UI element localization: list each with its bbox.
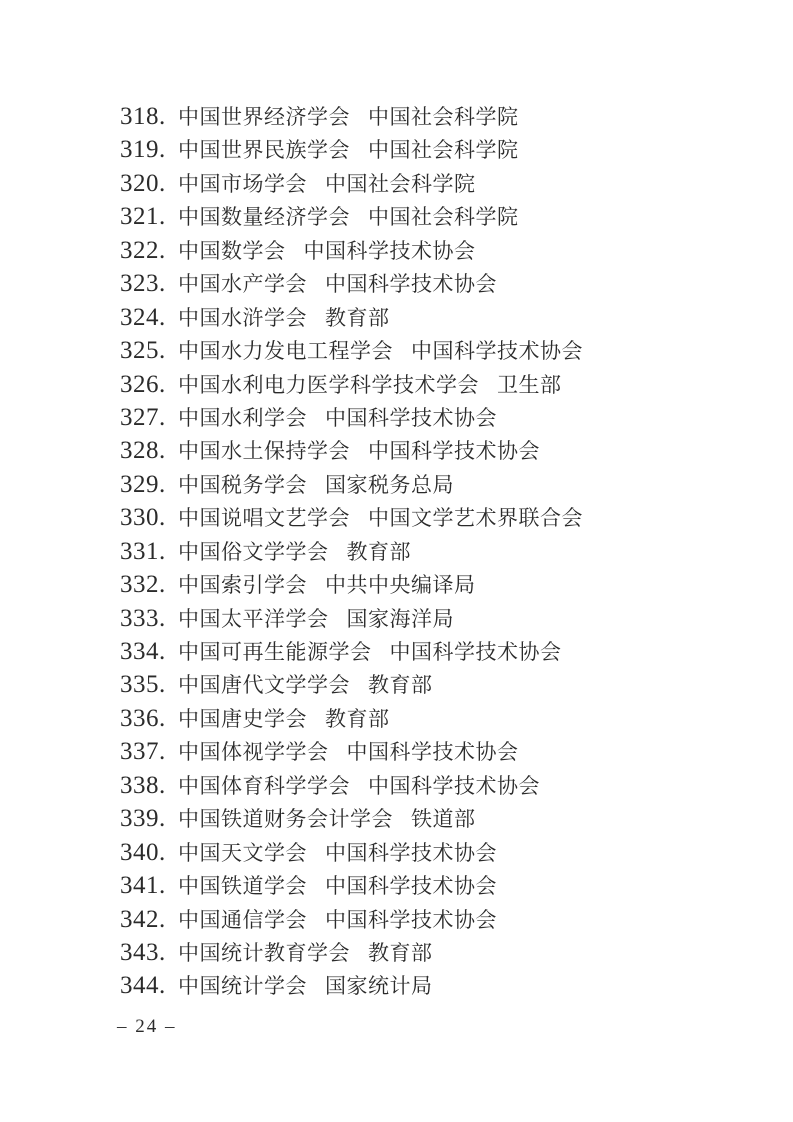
page-number: – 24 – <box>117 1014 177 1040</box>
society-name: 中国索引学会 <box>178 573 307 597</box>
list-item: 328.中国水土保持学会中国科学技术协会 <box>120 434 583 467</box>
supervising-department: 卫生部 <box>497 373 562 397</box>
list-item: 331.中国俗文学学会教育部 <box>120 535 583 568</box>
supervising-department: 铁道部 <box>411 807 476 831</box>
society-name: 中国唐史学会 <box>178 707 307 731</box>
entry-number: 337. <box>120 735 178 768</box>
list-item: 332.中国索引学会中共中央编译局 <box>120 568 583 601</box>
society-name: 中国水浒学会 <box>178 306 307 330</box>
list-item: 325.中国水力发电工程学会中国科学技术协会 <box>120 334 583 367</box>
entry-number: 339. <box>120 802 178 835</box>
supervising-department: 国家税务总局 <box>325 473 454 497</box>
society-name: 中国水利电力医学科学技术学会 <box>178 373 479 397</box>
supervising-department: 中国科学技术协会 <box>325 406 497 430</box>
supervising-department: 中国科学技术协会 <box>368 439 540 463</box>
list-item: 344.中国统计学会国家统计局 <box>120 969 583 1002</box>
society-name: 中国水产学会 <box>178 272 307 296</box>
list-item: 334.中国可再生能源学会中国科学技术协会 <box>120 635 583 668</box>
society-name: 中国天文学会 <box>178 841 307 865</box>
society-name: 中国可再生能源学会 <box>178 640 372 664</box>
supervising-department: 国家统计局 <box>325 974 433 998</box>
supervising-department: 中国科学技术协会 <box>304 239 476 263</box>
entry-number: 329. <box>120 468 178 501</box>
list-item: 339.中国铁道财务会计学会铁道部 <box>120 802 583 835</box>
list-item: 337.中国体视学学会中国科学技术协会 <box>120 735 583 768</box>
list-item: 327.中国水利学会中国科学技术协会 <box>120 401 583 434</box>
society-name: 中国说唱文艺学会 <box>178 506 350 530</box>
supervising-department: 教育部 <box>368 941 433 965</box>
list-item: 324.中国水浒学会教育部 <box>120 301 583 334</box>
list-item: 319.中国世界民族学会中国社会科学院 <box>120 133 583 166</box>
supervising-department: 中国科学技术协会 <box>368 774 540 798</box>
list-item: 341.中国铁道学会中国科学技术协会 <box>120 869 583 902</box>
supervising-department: 中国科学技术协会 <box>325 908 497 932</box>
list-item: 320.中国市场学会中国社会科学院 <box>120 167 583 200</box>
entry-number: 326. <box>120 368 178 401</box>
supervising-department: 中国社会科学院 <box>325 172 476 196</box>
society-name: 中国世界经济学会 <box>178 105 350 129</box>
entry-number: 344. <box>120 969 178 1002</box>
society-name: 中国世界民族学会 <box>178 138 350 162</box>
list-item: 336.中国唐史学会教育部 <box>120 702 583 735</box>
list-item: 335.中国唐代文学学会教育部 <box>120 668 583 701</box>
supervising-department: 教育部 <box>325 707 390 731</box>
entry-number: 320. <box>120 167 178 200</box>
list-item: 323.中国水产学会中国科学技术协会 <box>120 267 583 300</box>
supervising-department: 中国文学艺术界联合会 <box>368 506 583 530</box>
entry-number: 338. <box>120 769 178 802</box>
entry-number: 333. <box>120 602 178 635</box>
supervising-department: 中国科学技术协会 <box>347 740 519 764</box>
society-name: 中国俗文学学会 <box>178 540 329 564</box>
list-item: 340.中国天文学会中国科学技术协会 <box>120 836 583 869</box>
entry-number: 324. <box>120 301 178 334</box>
entry-number: 335. <box>120 668 178 701</box>
society-name: 中国数量经济学会 <box>178 205 350 229</box>
entry-number: 330. <box>120 501 178 534</box>
list-item: 330.中国说唱文艺学会中国文学艺术界联合会 <box>120 501 583 534</box>
society-name: 中国水力发电工程学会 <box>178 339 393 363</box>
society-name: 中国税务学会 <box>178 473 307 497</box>
entry-number: 325. <box>120 334 178 367</box>
supervising-department: 中国科学技术协会 <box>325 874 497 898</box>
entry-number: 340. <box>120 836 178 869</box>
supervising-department: 教育部 <box>347 540 412 564</box>
supervising-department: 中国科学技术协会 <box>411 339 583 363</box>
entry-number: 327. <box>120 401 178 434</box>
entry-number: 342. <box>120 903 178 936</box>
list-item: 329.中国税务学会国家税务总局 <box>120 468 583 501</box>
entry-number: 334. <box>120 635 178 668</box>
society-name: 中国市场学会 <box>178 172 307 196</box>
list-item: 321.中国数量经济学会中国社会科学院 <box>120 200 583 233</box>
entry-number: 328. <box>120 434 178 467</box>
society-name: 中国铁道学会 <box>178 874 307 898</box>
document-page: 318.中国世界经济学会中国社会科学院 319.中国世界民族学会中国社会科学院 … <box>0 0 793 1122</box>
entry-number: 331. <box>120 535 178 568</box>
society-name: 中国体育科学学会 <box>178 774 350 798</box>
supervising-department: 中国社会科学院 <box>368 205 519 229</box>
list-item: 333.中国太平洋学会国家海洋局 <box>120 602 583 635</box>
society-name: 中国水利学会 <box>178 406 307 430</box>
entry-number: 332. <box>120 568 178 601</box>
supervising-department: 中国科学技术协会 <box>325 841 497 865</box>
society-name: 中国唐代文学学会 <box>178 673 350 697</box>
supervising-department: 中国社会科学院 <box>368 138 519 162</box>
supervising-department: 中共中央编译局 <box>325 573 476 597</box>
society-name: 中国太平洋学会 <box>178 607 329 631</box>
list-item: 318.中国世界经济学会中国社会科学院 <box>120 100 583 133</box>
supervising-department: 中国科学技术协会 <box>325 272 497 296</box>
entry-number: 318. <box>120 100 178 133</box>
society-name: 中国统计教育学会 <box>178 941 350 965</box>
entry-number: 323. <box>120 267 178 300</box>
entry-number: 319. <box>120 133 178 166</box>
supervising-department: 中国科学技术协会 <box>390 640 562 664</box>
society-list: 318.中国世界经济学会中国社会科学院 319.中国世界民族学会中国社会科学院 … <box>120 100 583 1003</box>
list-item: 342.中国通信学会中国科学技术协会 <box>120 903 583 936</box>
supervising-department: 中国社会科学院 <box>368 105 519 129</box>
list-item: 338.中国体育科学学会中国科学技术协会 <box>120 769 583 802</box>
society-name: 中国统计学会 <box>178 974 307 998</box>
society-name: 中国数学会 <box>178 239 286 263</box>
society-name: 中国通信学会 <box>178 908 307 932</box>
society-name: 中国铁道财务会计学会 <box>178 807 393 831</box>
entry-number: 341. <box>120 869 178 902</box>
supervising-department: 教育部 <box>325 306 390 330</box>
society-name: 中国水土保持学会 <box>178 439 350 463</box>
supervising-department: 教育部 <box>368 673 433 697</box>
list-item: 343.中国统计教育学会教育部 <box>120 936 583 969</box>
society-name: 中国体视学学会 <box>178 740 329 764</box>
entry-number: 343. <box>120 936 178 969</box>
entry-number: 321. <box>120 200 178 233</box>
supervising-department: 国家海洋局 <box>347 607 455 631</box>
list-item: 322.中国数学会中国科学技术协会 <box>120 234 583 267</box>
entry-number: 322. <box>120 234 178 267</box>
entry-number: 336. <box>120 702 178 735</box>
list-item: 326.中国水利电力医学科学技术学会卫生部 <box>120 368 583 401</box>
